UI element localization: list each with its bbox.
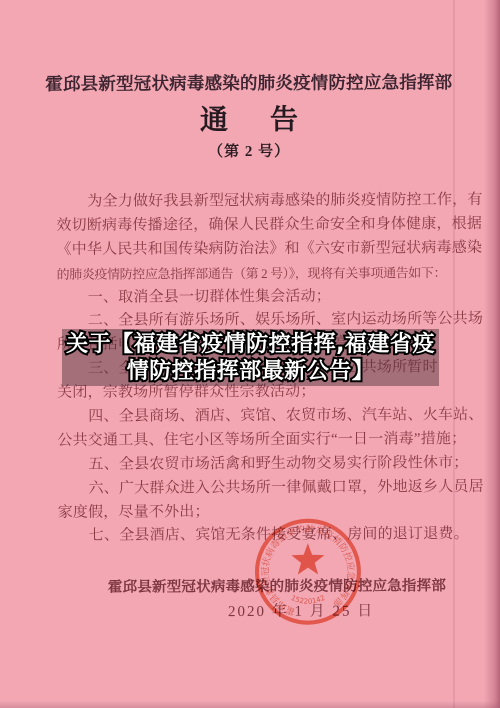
caption-text-line2: 情防控指挥部最新公告】 <box>127 358 375 385</box>
body-line: 的肺炎疫情防控应急指挥部通告（第 2 号）》，现将有关事项通告如下： <box>57 261 452 287</box>
seal-ring-icon <box>257 521 359 623</box>
seal-serial-number: 15220142 <box>290 593 327 606</box>
scan-edge-shadow-right <box>484 0 500 708</box>
document-header-org: 霍邱县新型冠状病毒感染的肺炎疫情防控应急指挥部 <box>0 69 499 96</box>
star-icon <box>291 543 324 575</box>
scan-crease-line <box>453 0 455 708</box>
official-seal: 霍邱县新型冠状病毒感染的肺炎疫情防控应急指挥部 15220142 <box>253 517 363 627</box>
body-line: 效切断病毒传播途径，确保人民群众生命安全和身体健康，根据 <box>56 213 451 239</box>
body-line: 五、全县农贸市场活禽和野生动物交易实行阶段性休市； <box>57 452 452 478</box>
document-title: 通告 <box>0 97 499 139</box>
body-line: 六、广大群众进入公共场所一律佩戴口罩，外地返乡人员居 <box>58 476 453 502</box>
screenshot-root: 霍邱县新型冠状病毒感染的肺炎疫情防控应急指挥部 通告 （第 2 号） 为全力做好… <box>0 0 500 708</box>
caption-overlay: 关于【福建省疫情防控指挥,福建省疫 情防控指挥部最新公告】 <box>62 329 439 386</box>
svg-text:15220142: 15220142 <box>290 593 327 606</box>
body-line: 一、取消全县一切群体性集会活动； <box>57 285 452 311</box>
body-line: 为全力做好我县新型冠状病毒感染的肺炎疫情防控工作，有 <box>56 189 451 215</box>
body-line: 四、全县商场、酒店、宾馆、农贸市场、汽车站、火车站、 <box>57 404 452 430</box>
body-line: 《中华人民共和国传染病防治法》和《六安市新型冠状病毒感染 <box>56 237 451 263</box>
caption-text-line1: 关于【福建省疫情防控指挥,福建省疫 <box>66 331 435 358</box>
body-line: 公共交通工具、住宅小区等场所全面实行“一日一消毒”措施； <box>57 428 452 454</box>
document-number: （第 2 号） <box>0 139 499 162</box>
scan-edge-shadow-bottom <box>0 701 500 708</box>
